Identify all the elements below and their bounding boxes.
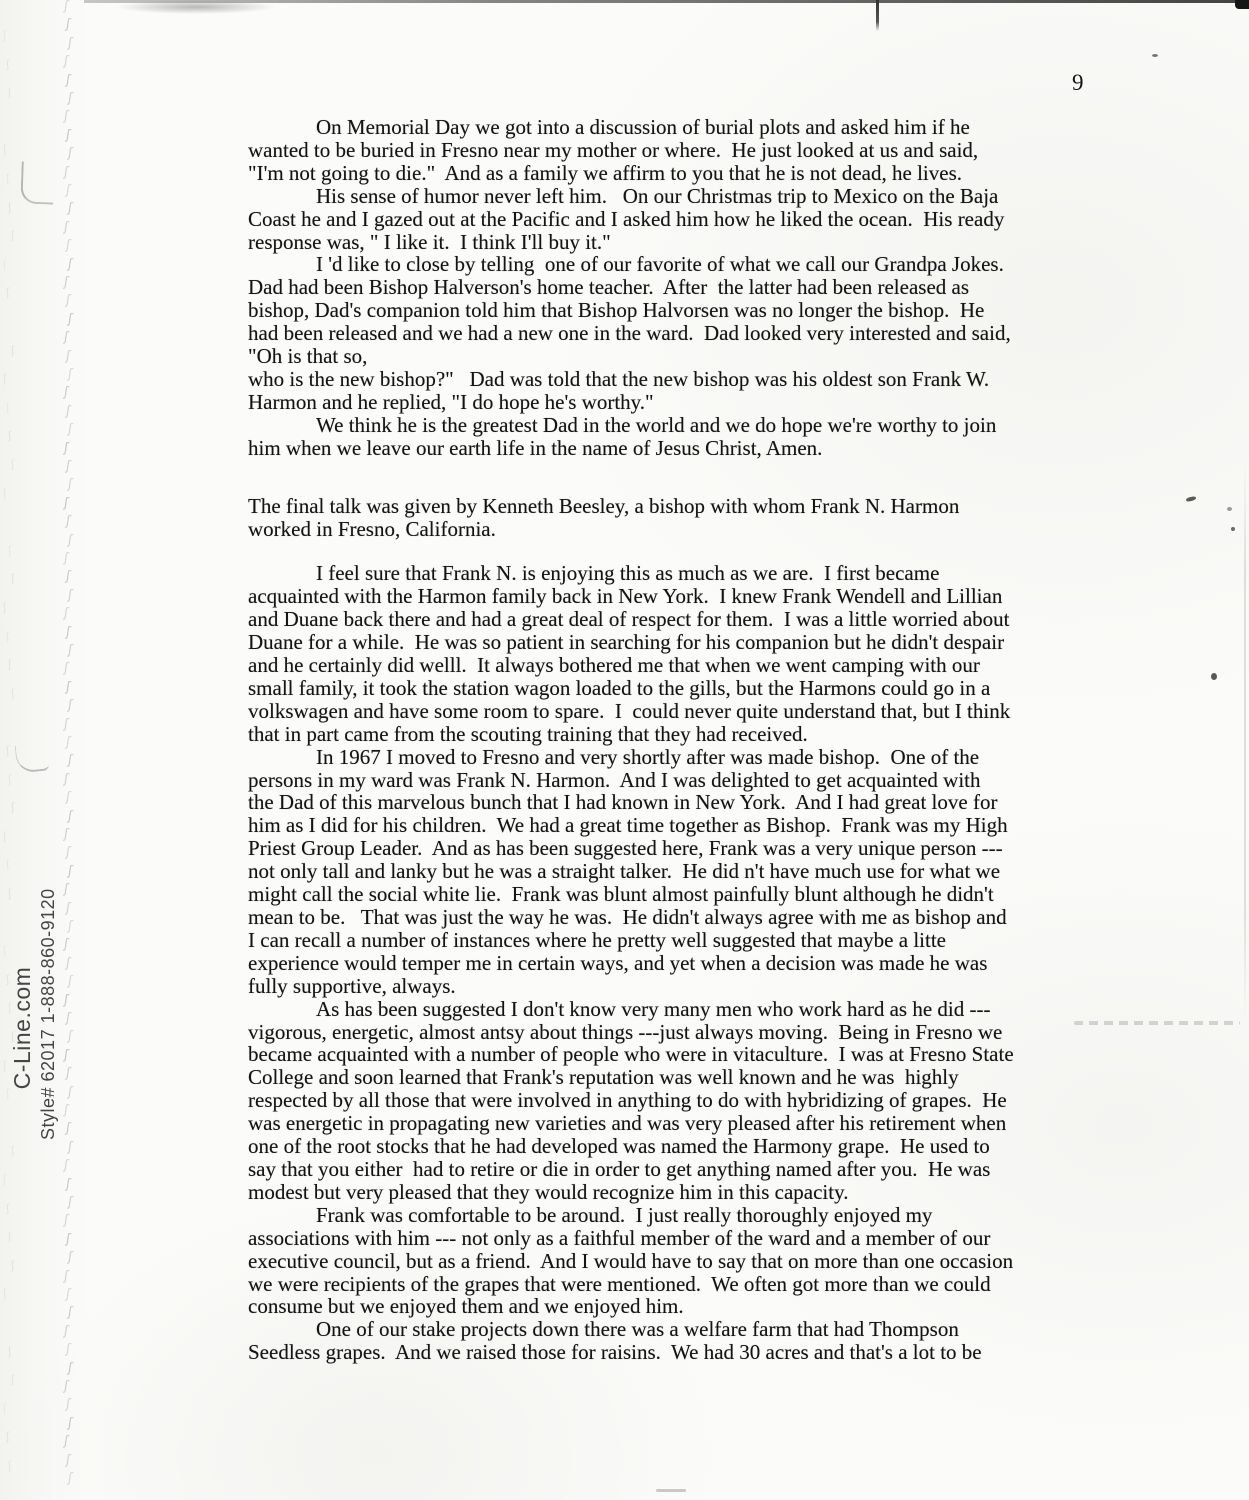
binder-edge-mark: ʃ <box>10 1145 15 1156</box>
stitch-mark: ʃ <box>65 1122 71 1136</box>
paragraph: As has been suggested I don't know very … <box>248 998 1148 1204</box>
stitch-mark: ʃ <box>63 1379 69 1393</box>
stitch-mark: ʃ <box>63 386 69 400</box>
paragraph: On Memorial Day we got into a discussion… <box>248 116 1148 185</box>
binder-edge-mark: ʃ <box>10 459 15 470</box>
stitch-mark: ʃ <box>67 367 73 381</box>
binder-edge-mark: ʃ <box>5 402 10 413</box>
binder-edge-mark: ʃ <box>7 430 12 441</box>
stitch-mark: ʃ <box>63 717 69 731</box>
stitch-mark: ʃ <box>65 404 71 418</box>
scan-speck <box>1227 507 1232 511</box>
stitch-mark: ʃ <box>67 919 73 933</box>
stitch-mark: ʃ <box>63 883 69 897</box>
stitch-mark: ʃ <box>65 73 71 87</box>
page-number: 9 <box>1072 70 1084 96</box>
stitch-mark: ʃ <box>67 1471 73 1485</box>
stitch-mark: ʃ <box>65 1287 71 1301</box>
stitch-mark: ʃ <box>65 625 71 639</box>
binder-edge-mark: ʃ <box>7 545 12 556</box>
binder-edge-mark: ʃ <box>2 945 7 956</box>
stitch-mark: ʃ <box>63 55 69 69</box>
scan-speck <box>656 1489 686 1492</box>
binder-edge-mark: ʃ <box>5 1202 10 1213</box>
stitch-mark: ʃ <box>63 331 69 345</box>
binder-edge-mark: ʃ <box>10 1260 15 1271</box>
binder-edge-mark: ʃ <box>5 859 10 870</box>
paragraph: In 1967 I moved to Fresno and very short… <box>248 746 1148 998</box>
stitch-mark: ʃ <box>63 275 69 289</box>
stitch-mark: ʃ <box>65 1343 71 1357</box>
stitch-mark: ʃ <box>67 1306 73 1320</box>
binder-edge-mark: ʃ <box>10 344 15 355</box>
binder-edge-mark: ʃ <box>2 30 7 41</box>
binder-edge-mark: ʃ <box>2 144 7 155</box>
stitch-mark: ʃ <box>63 1269 69 1283</box>
binder-edge-mark: ʃ <box>7 888 12 899</box>
stitch-mark: ʃ <box>65 294 71 308</box>
stitch-mark: ʃ <box>67 91 73 105</box>
binder-edge-mark: ʃ <box>7 1345 12 1356</box>
stitch-mark: ʃ <box>65 459 71 473</box>
stitch-mark: ʃ <box>67 1195 73 1209</box>
stitch-mark: ʃ <box>67 1251 73 1265</box>
paragraph: His sense of humor never left him. On ou… <box>248 185 1148 254</box>
stitch-mark: ʃ <box>67 975 73 989</box>
scan-speck <box>1152 54 1158 57</box>
paragraph: We think he is the greatest Dad in the w… <box>248 414 1148 460</box>
paragraph: I 'd like to close by telling one of our… <box>248 253 1148 413</box>
scan-speck <box>1231 527 1235 531</box>
stitch-mark: ʃ <box>63 0 69 14</box>
stitch-mark: ʃ <box>65 791 71 805</box>
binder-edge-mark: ʃ <box>7 773 12 784</box>
stitch-mark: ʃ <box>67 36 73 50</box>
binder-edge-mark: ʃ <box>2 1288 7 1299</box>
binder-edge-mark: ʃ <box>10 573 15 584</box>
brand-name: C-Line.com <box>9 916 36 1140</box>
scan-corner-artifact <box>1235 0 1249 9</box>
scan-smudge-artifact <box>116 0 276 14</box>
stitch-mark: ʃ <box>63 1214 69 1228</box>
stitch-mark: ʃ <box>67 643 73 657</box>
binder-edge-mark: ʃ <box>7 87 12 98</box>
stitch-mark: ʃ <box>67 1030 73 1044</box>
stitch-mark: ʃ <box>63 1159 69 1173</box>
binder-edge-mark: ʃ <box>7 201 12 212</box>
sheet-protector-brand-label: C-Line.com Style# 62017 1-888-860-9120 <box>9 916 65 1140</box>
stitch-mark: ʃ <box>65 1232 71 1246</box>
stitch-mark: ʃ <box>63 441 69 455</box>
binder-edge-mark: ʃ <box>2 373 7 384</box>
binder-edge-mark: ʃ <box>5 173 10 184</box>
paragraph: One of our stake projects down there was… <box>248 1318 1148 1364</box>
stitch-mark: ʃ <box>67 1361 73 1375</box>
binder-edge-mark: ʃ <box>5 287 10 298</box>
stitch-mark: ʃ <box>65 128 71 142</box>
scanned-document-page: ʃʃʃʃʃʃʃʃʃʃʃʃʃʃʃʃʃʃʃʃʃʃʃʃʃʃʃʃʃʃʃʃʃʃʃʃʃʃʃʃ… <box>0 0 1249 1500</box>
paragraph: I feel sure that Frank N. is enjoying th… <box>248 562 1148 745</box>
stitch-mark: ʃ <box>65 680 71 694</box>
stitch-mark: ʃ <box>63 110 69 124</box>
stitch-mark: ʃ <box>67 754 73 768</box>
document-body: On Memorial Day we got into a discussion… <box>248 116 1148 1364</box>
scan-edge-artifact <box>1244 460 1246 1020</box>
binder-edge-mark: ʃ <box>5 58 10 69</box>
binder-edge-mark: ʃ <box>10 230 15 241</box>
binder-edge-mark: ʃ <box>2 259 7 270</box>
stitch-mark: ʃ <box>63 220 69 234</box>
stitch-mark: ʃ <box>65 1453 71 1467</box>
stitch-mark: ʃ <box>65 846 71 860</box>
binder-edge-mark: ʃ <box>10 688 15 699</box>
stitch-mark: ʃ <box>63 165 69 179</box>
binder-edge-mark: ʃ <box>2 1403 7 1414</box>
stitch-mark: ʃ <box>63 607 69 621</box>
binder-edge-mark: ʃ <box>5 745 10 756</box>
binder-edge-mark: ʃ <box>2 602 7 613</box>
scan-smudge-artifact <box>1074 1021 1240 1025</box>
binder-edge-mark: ʃ <box>7 1460 12 1471</box>
stitch-mark: ʃ <box>65 1067 71 1081</box>
binder-edge-mark: ʃ <box>2 487 7 498</box>
sheet-protector-stitch-edge: ʃʃʃʃʃʃʃʃʃʃʃʃʃʃʃʃʃʃʃʃʃʃʃʃʃʃʃʃʃʃʃʃʃʃʃʃʃʃʃʃ… <box>64 0 84 1500</box>
stitch-mark: ʃ <box>65 735 71 749</box>
stitch-mark: ʃ <box>65 1011 71 1025</box>
stitch-mark: ʃ <box>65 1398 71 1412</box>
stitch-mark: ʃ <box>63 827 69 841</box>
binder-edge-mark: ʃ <box>10 1374 15 1385</box>
stitch-mark: ʃ <box>63 662 69 676</box>
stitch-mark: ʃ <box>67 699 73 713</box>
stitch-mark: ʃ <box>65 349 71 363</box>
brand-style-number: Style# 62017 1-888-860-9120 <box>36 916 60 1140</box>
stitch-mark: ʃ <box>65 18 71 32</box>
stitch-mark: ʃ <box>67 588 73 602</box>
stitch-mark: ʃ <box>65 239 71 253</box>
stitch-mark: ʃ <box>67 147 73 161</box>
stitch-mark: ʃ <box>67 257 73 271</box>
binder-edge-mark: ʃ <box>5 630 10 641</box>
stitch-mark: ʃ <box>63 551 69 565</box>
binder-edge-mark: ʃ <box>7 1231 12 1242</box>
binder-edge-mark: ʃ <box>10 802 15 813</box>
binder-edge-mark: ʃ <box>7 659 12 670</box>
binder-edge-mark: ʃ <box>2 831 7 842</box>
stitch-mark: ʃ <box>65 901 71 915</box>
stitch-mark: ʃ <box>63 1324 69 1338</box>
stitch-mark: ʃ <box>63 1435 69 1449</box>
binder-edge-mark: ʃ <box>2 1059 7 1070</box>
stitch-mark: ʃ <box>67 1416 73 1430</box>
stitch-mark: ʃ <box>65 1177 71 1191</box>
stitch-mark: ʃ <box>65 183 71 197</box>
stitch-mark: ʃ <box>67 312 73 326</box>
binder-edge-mark: ʃ <box>2 1174 7 1185</box>
binder-ring-mark <box>20 161 54 204</box>
stitch-mark: ʃ <box>67 1140 73 1154</box>
stitch-mark: ʃ <box>67 202 73 216</box>
scan-tick-artifact <box>876 0 879 31</box>
scan-speck <box>1186 496 1197 502</box>
stitch-mark: ʃ <box>67 1085 73 1099</box>
binder-edge-mark: ʃ <box>5 1431 10 1442</box>
paragraph: Frank was comfortable to be around. I ju… <box>248 1204 1148 1319</box>
stitch-mark: ʃ <box>67 423 73 437</box>
stitch-mark: ʃ <box>67 478 73 492</box>
stitch-mark: ʃ <box>65 570 71 584</box>
scan-speck <box>1211 673 1217 680</box>
paragraph: The final talk was given by Kenneth Bees… <box>248 495 1148 541</box>
stitch-mark: ʃ <box>65 515 71 529</box>
stitch-mark: ʃ <box>65 956 71 970</box>
stitch-mark: ʃ <box>67 809 73 823</box>
stitch-mark: ʃ <box>67 533 73 547</box>
stitch-mark: ʃ <box>67 864 73 878</box>
stitch-mark: ʃ <box>63 496 69 510</box>
stitch-mark: ʃ <box>63 772 69 786</box>
